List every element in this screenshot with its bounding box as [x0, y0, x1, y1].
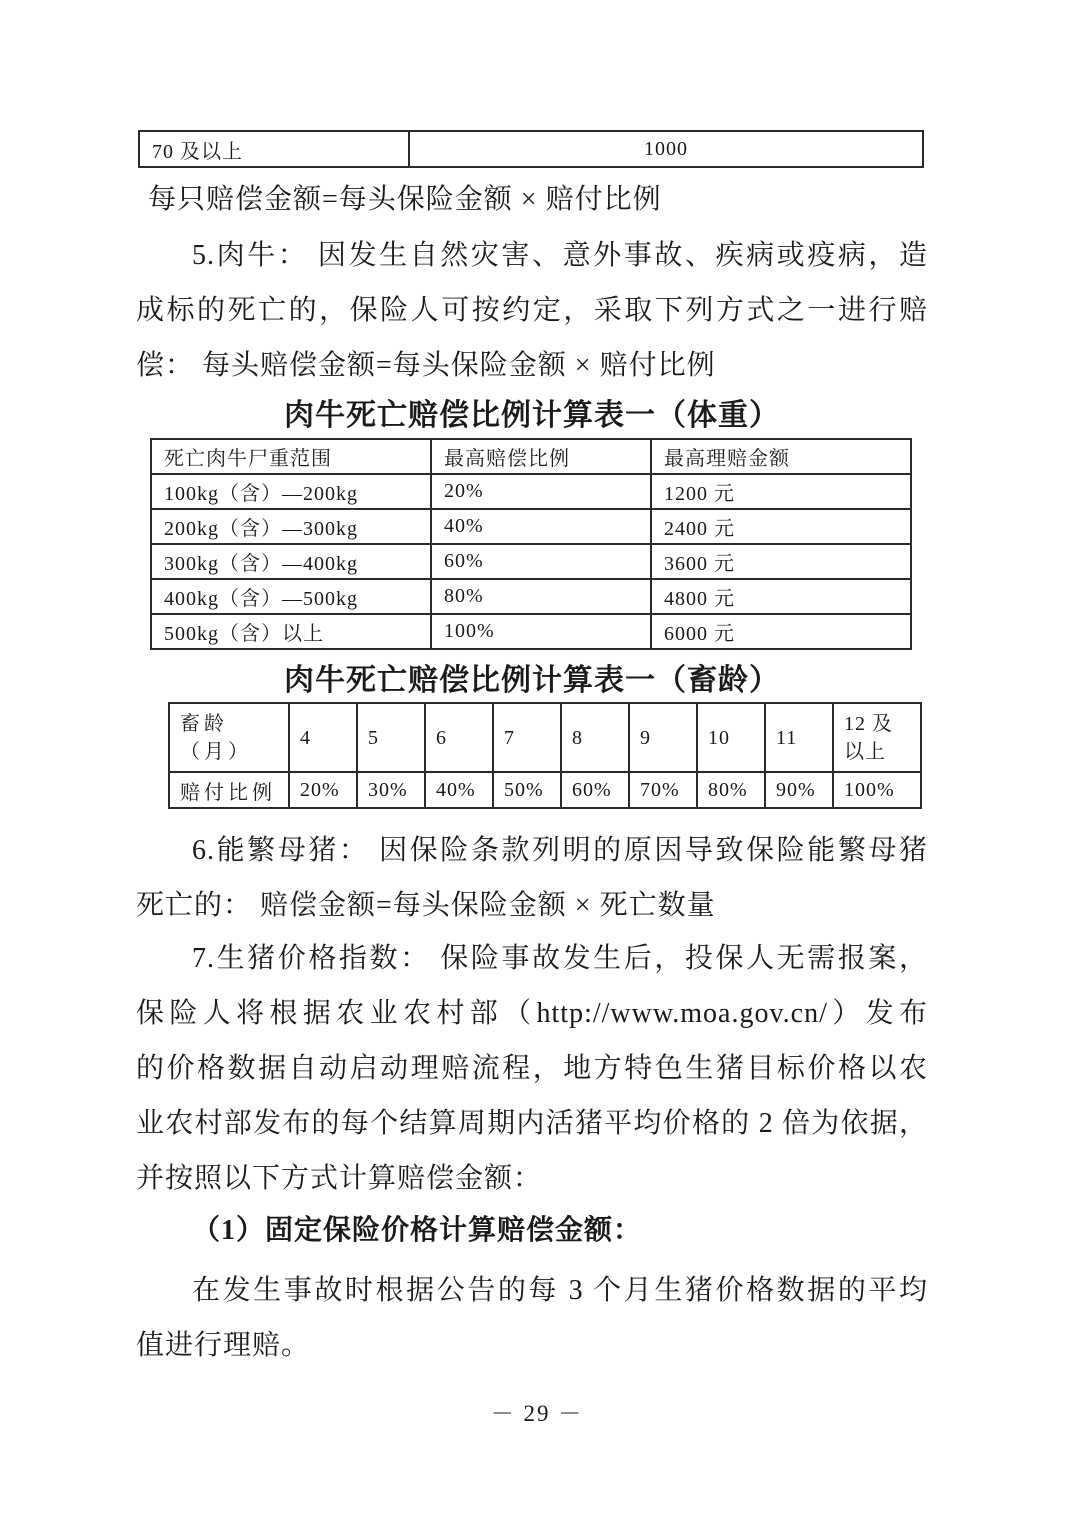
table-cell: 70 及以上 [139, 131, 409, 167]
table-cell: 80% [431, 579, 651, 614]
table-cell: 100kg（含）—200kg [151, 474, 431, 509]
paragraph-line: 7.生猪价格指数： 保险事故发生后，投保人无需报案， [136, 931, 928, 986]
table-cell: 9 [629, 703, 697, 772]
table-cell: 60% [431, 544, 651, 579]
table-cell: 5 [357, 703, 425, 772]
paragraph-line: 成标的死亡的，保险人可按约定，采取下列方式之一进行赔 [136, 283, 928, 338]
table-header-row: 畜龄（月） 4 5 6 7 8 9 10 11 12 及以上 [169, 703, 921, 772]
table-cell: 2400 元 [651, 509, 911, 544]
table-header-cell: 最高理赔金额 [651, 439, 911, 474]
weight-table: 死亡肉牛尸重范围 最高赔偿比例 最高理赔金额 100kg（含）—200kg 20… [150, 438, 912, 650]
table-row: 100kg（含）—200kg 20% 1200 元 [151, 474, 911, 509]
table-cell: 30% [357, 772, 425, 808]
table-cell: 畜龄（月） [169, 703, 289, 772]
table-row: 500kg（含）以上 100% 6000 元 [151, 614, 911, 649]
table-cell: 1200 元 [651, 474, 911, 509]
table-cell: 20% [431, 474, 651, 509]
table-cell: 12 及以上 [833, 703, 921, 772]
table-cell: 8 [561, 703, 629, 772]
table-cell: 50% [493, 772, 561, 808]
table-cell: 70% [629, 772, 697, 808]
formula-line: 每只赔偿金额=每头保险金额 × 赔付比例 [136, 172, 940, 227]
table-cell: 90% [765, 772, 833, 808]
table-row: 200kg（含）—300kg 40% 2400 元 [151, 509, 911, 544]
table-cell: 300kg（含）—400kg [151, 544, 431, 579]
table-cell: 80% [697, 772, 765, 808]
table-cell: 20% [289, 772, 357, 808]
table-header-row: 死亡肉牛尸重范围 最高赔偿比例 最高理赔金额 [151, 439, 911, 474]
table-cell: 40% [425, 772, 493, 808]
table-cell: 40% [431, 509, 651, 544]
table-row: 70 及以上 1000 [139, 131, 923, 167]
carryover-table: 70 及以上 1000 [138, 130, 924, 168]
table-cell: 7 [493, 703, 561, 772]
table-cell: 60% [561, 772, 629, 808]
paragraph-line: 5.肉牛： 因发生自然灾害、意外事故、疾病或疫病，造 [136, 228, 928, 283]
table-cell: 100% [431, 614, 651, 649]
table-cell: 400kg（含）—500kg [151, 579, 431, 614]
table-row: 400kg（含）—500kg 80% 4800 元 [151, 579, 911, 614]
paragraph-line: 值进行理赔。 [136, 1318, 928, 1373]
page-number: － 29 － [0, 1395, 1074, 1433]
table-cell: 1000 [409, 131, 923, 167]
table-cell: 4 [289, 703, 357, 772]
paragraph-line: 偿： 每头赔偿金额=每头保险金额 × 赔付比例 [136, 338, 928, 393]
table-row: 300kg（含）—400kg 60% 3600 元 [151, 544, 911, 579]
paragraph-line: 的价格数据自动启动理赔流程，地方特色生猪目标价格以农 [136, 1041, 928, 1096]
document-page: 70 及以上 1000 每只赔偿金额=每头保险金额 × 赔付比例 5.肉牛： 因… [0, 0, 1074, 1520]
table-header-cell: 最高赔偿比例 [431, 439, 651, 474]
table-cell: 6000 元 [651, 614, 911, 649]
paragraph-line: 并按照以下方式计算赔偿金额： [136, 1151, 928, 1206]
table-row: 赔付比例 20% 30% 40% 50% 60% 70% 80% 90% 100… [169, 772, 921, 808]
paragraph-line: 在发生事故时根据公告的每 3 个月生猪价格数据的平均 [136, 1263, 928, 1318]
table-cell: 11 [765, 703, 833, 772]
age-table-title: 肉牛死亡赔偿比例计算表一（畜龄） [136, 660, 928, 702]
table-cell: 赔付比例 [169, 772, 289, 808]
fixed-price-heading: （1）固定保险价格计算赔偿金额： [136, 1203, 928, 1258]
table-cell: 3600 元 [651, 544, 911, 579]
paragraph-line: 死亡的： 赔偿金额=每头保险金额 × 死亡数量 [136, 878, 928, 933]
table-cell: 100% [833, 772, 921, 808]
paragraph-line: 6.能繁母猪： 因保险条款列明的原因导致保险能繁母猪 [136, 823, 928, 878]
table-cell: 4800 元 [651, 579, 911, 614]
age-table: 畜龄（月） 4 5 6 7 8 9 10 11 12 及以上 赔付比例 20% … [168, 702, 922, 809]
paragraph-line: 业农村部发布的每个结算周期内活猪平均价格的 2 倍为依据， [136, 1096, 928, 1151]
table-header-cell: 死亡肉牛尸重范围 [151, 439, 431, 474]
paragraph-line: 保险人将根据农业农村部（http://www.moa.gov.cn/）发布 [136, 986, 928, 1041]
table-cell: 500kg（含）以上 [151, 614, 431, 649]
table-cell: 6 [425, 703, 493, 772]
table-cell: 10 [697, 703, 765, 772]
weight-table-title: 肉牛死亡赔偿比例计算表一（体重） [136, 394, 928, 438]
table-cell: 200kg（含）—300kg [151, 509, 431, 544]
